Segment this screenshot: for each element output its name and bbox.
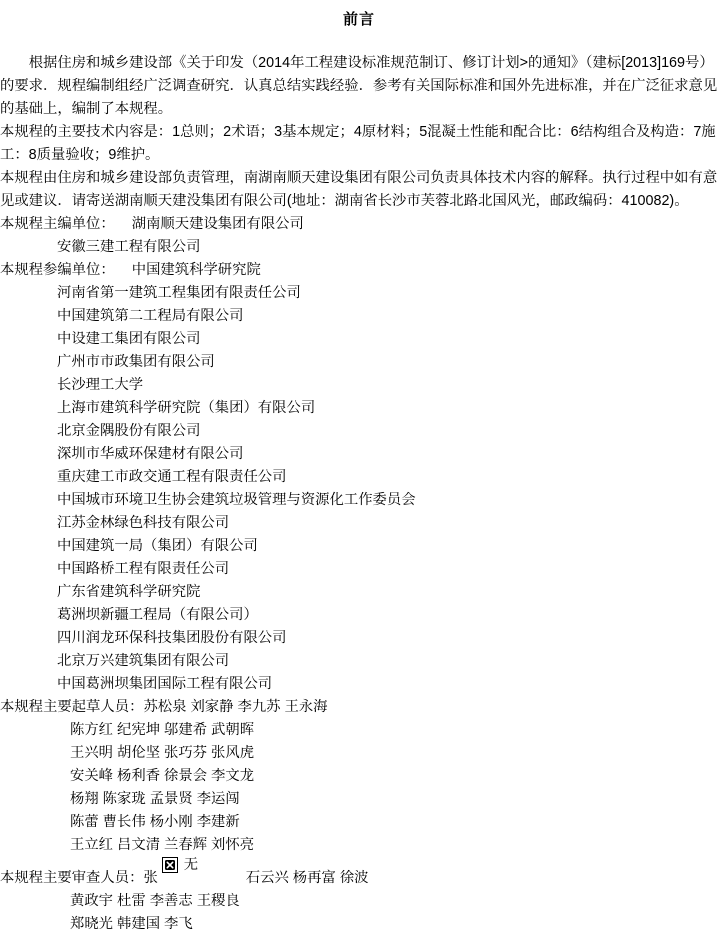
reviewers-line: 本规程主要审查人员：张无石云兴 杨再富 徐波 [0, 857, 718, 890]
chief-editor-unit-first: 湖南顺天建设集团有限公司 [132, 216, 304, 232]
unit-item: 上海市建筑科学研究院（集团）有限公司 [0, 397, 718, 420]
chief-editor-unit-list: 安徽三建工程有限公司 [0, 236, 718, 259]
unit-item: 河南省第一建筑工程集团有限责任公司 [0, 282, 718, 305]
unit-item: 广东省建筑科学研究院 [0, 581, 718, 604]
reviewers-first-prefix: 张 [143, 870, 157, 886]
reviewers-label: 本规程主要审查人员： [0, 870, 143, 886]
unit-item: 北京金隅股份有限公司 [0, 420, 718, 443]
person-item: 黄政宇 杜雷 李善志 王稷良 [0, 890, 718, 913]
reviewers-first-suffix: 石云兴 杨再富 徐波 [246, 870, 369, 886]
drafters-line: 本规程主要起草人员：苏松泉 刘家静 李九苏 王永海 [0, 696, 718, 719]
person-item: 郑晓光 韩建国 李飞 [0, 913, 718, 929]
unit-item: 中设建工集团有限公司 [0, 328, 718, 351]
unit-item: 葛洲坝新疆工程局（有限公司） [0, 604, 718, 627]
technical-contents-paragraph: 本规程的主要技术内容是：1总则；2术语；3基本规定；4原材料；5混凝土性能和配合… [0, 121, 718, 167]
unit-item: 安徽三建工程有限公司 [0, 236, 718, 259]
broken-image-icon [162, 857, 178, 873]
intro-paragraph: 根据住房和城乡建设部《关于印发（2014年工程建设标准规范制订、修订计划>的通知… [0, 52, 718, 121]
drafters-label: 本规程主要起草人员： [0, 699, 143, 715]
participating-units-line: 本规程参编单位：中国建筑科学研究院 [0, 259, 718, 282]
unit-item: 重庆建工市政交通工程有限责任公司 [0, 466, 718, 489]
drafters-first: 苏松泉 刘家静 李九苏 王永海 [143, 699, 327, 715]
unit-item: 中国城市环境卫生协会建筑垃圾管理与资源化工作委员会 [0, 489, 718, 512]
document-page: 前言 根据住房和城乡建设部《关于印发（2014年工程建设标准规范制订、修订计划>… [0, 0, 718, 929]
person-item: 陈方红 纪宪坤 邬建希 武朝晖 [0, 719, 718, 742]
unit-item: 北京万兴建筑集团有限公司 [0, 650, 718, 673]
participating-units-label: 本规程参编单位： [0, 262, 115, 278]
person-item: 陈蕾 曹长伟 杨小刚 李建新 [0, 811, 718, 834]
broken-image-placeholder: 无 [162, 857, 246, 882]
person-item: 王立红 吕文清 兰春辉 刘怀亮 [0, 834, 718, 857]
page-title: 前言 [0, 8, 718, 31]
chief-editor-unit-label: 本规程主编单位： [0, 216, 115, 232]
unit-item: 深圳市华威环保建材有限公司 [0, 443, 718, 466]
unit-item: 中国路桥工程有限责任公司 [0, 558, 718, 581]
management-paragraph: 本规程由住房和城乡建设部负责管理，南湖南顺天建设集团有限公司负责具体技术内容的解… [0, 167, 718, 213]
reviewers-list: 黄政宇 杜雷 李善志 王稷良郑晓光 韩建国 李飞 [0, 890, 718, 929]
unit-item: 中国葛洲坝集团国际工程有限公司 [0, 673, 718, 696]
unit-item: 江苏金林绿色科技有限公司 [0, 512, 718, 535]
unit-item: 中国建筑第二工程局有限公司 [0, 305, 718, 328]
unit-item: 四川润龙环保科技集团股份有限公司 [0, 627, 718, 650]
drafters-list: 陈方红 纪宪坤 邬建希 武朝晖王兴明 胡伦坚 张巧芬 张风虎安关峰 杨利香 徐景… [0, 719, 718, 857]
chief-editor-unit-line: 本规程主编单位：湖南顺天建设集团有限公司 [0, 213, 718, 236]
unit-item: 长沙理工大学 [0, 374, 718, 397]
unit-item: 广州市市政集团有限公司 [0, 351, 718, 374]
person-item: 安关峰 杨利香 徐景会 李文龙 [0, 765, 718, 788]
participating-units-list: 河南省第一建筑工程集团有限责任公司中国建筑第二工程局有限公司中设建工集团有限公司… [0, 282, 718, 696]
person-item: 杨翔 陈家珑 孟景贤 李运闯 [0, 788, 718, 811]
participating-units-first: 中国建筑科学研究院 [132, 262, 261, 278]
broken-image-alt-text: 无 [184, 857, 198, 873]
unit-item: 中国建筑一局（集团）有限公司 [0, 535, 718, 558]
person-item: 王兴明 胡伦坚 张巧芬 张风虎 [0, 742, 718, 765]
